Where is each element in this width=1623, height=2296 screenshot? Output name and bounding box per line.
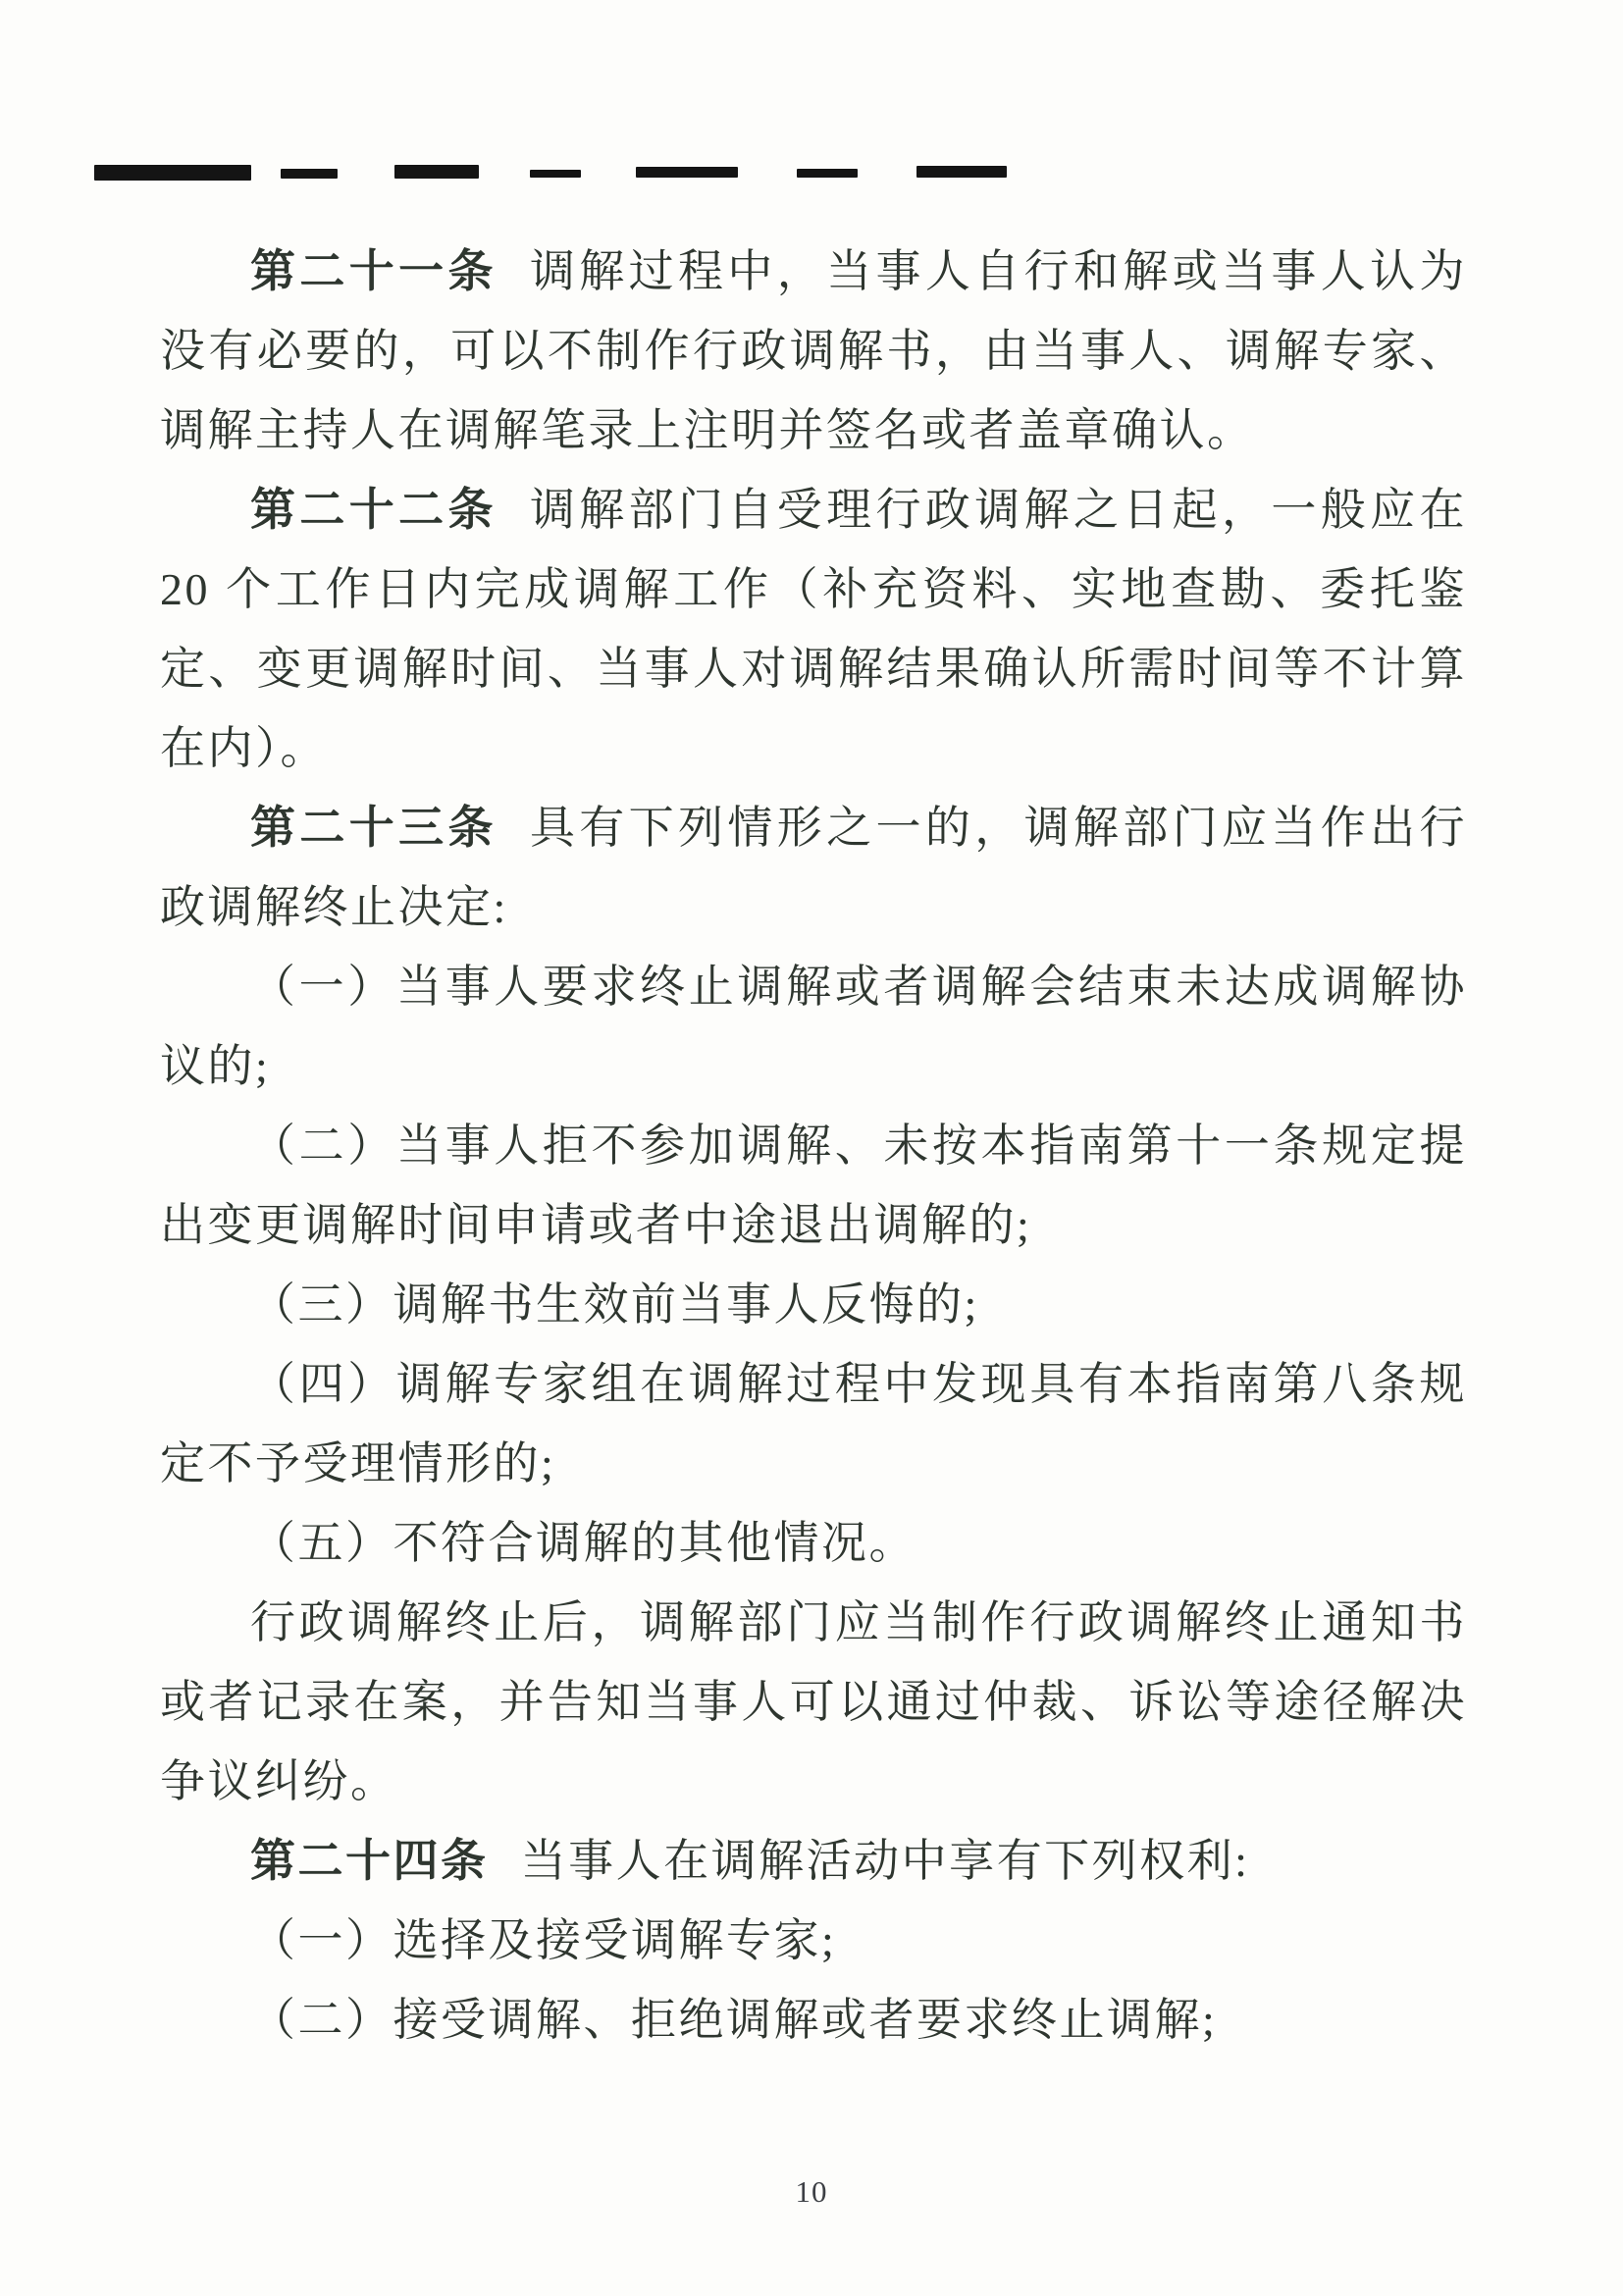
document-body: 第二十一条调解过程中，当事人自行和解或当事人认为没有必要的，可以不制作行政调解书…: [160, 232, 1467, 2060]
article-23-item-4: （四）调解专家组在调解过程中发现具有本指南第八条规定不予受理情形的;: [160, 1344, 1467, 1503]
scan-artifact: [281, 169, 338, 179]
article-23-paragraph: 第二十三条具有下列情形之一的，调解部门应当作出行政调解终止决定:: [160, 788, 1467, 947]
scan-artifact: [530, 170, 581, 178]
paragraph-text: 行政调解终止后，调解部门应当制作行政调解终止通知书或者记录在案，并告知当事人可以…: [160, 1597, 1467, 1806]
article-21-number: 第二十一条: [250, 246, 497, 296]
article-23-item-5: （五）不符合调解的其他情况。: [160, 1503, 1467, 1583]
article-22-paragraph: 第二十二条调解部门自受理行政调解之日起，一般应在 20 个工作日内完成调解工作（…: [160, 470, 1467, 788]
article-24-paragraph: 第二十四条当事人在调解活动中享有下列权利:: [160, 1821, 1467, 1901]
article-23-number: 第二十三条: [250, 803, 497, 853]
page-number: 10: [0, 2174, 1623, 2210]
item-text: （一）选择及接受调解专家;: [250, 1915, 836, 1965]
article-24-text: 当事人在调解活动中享有下列权利:: [521, 1836, 1250, 1886]
scan-artifact: [394, 165, 479, 179]
article-24-item-2: （二）接受调解、拒绝调解或者要求终止调解;: [160, 1980, 1467, 2060]
item-text: （五）不符合调解的其他情况。: [250, 1518, 916, 1568]
scan-artifact: [636, 167, 738, 178]
article-23-item-3: （三）调解书生效前当事人反悔的;: [160, 1265, 1467, 1344]
scan-artifact: [916, 166, 1007, 178]
item-text: （四）调解专家组在调解过程中发现具有本指南第八条规定不予受理情形的;: [160, 1359, 1467, 1488]
article-21-paragraph: 第二十一条调解过程中，当事人自行和解或当事人认为没有必要的，可以不制作行政调解书…: [160, 232, 1467, 470]
article-24-item-1: （一）选择及接受调解专家;: [160, 1901, 1467, 1980]
item-text: （二）当事人拒不参加调解、未按本指南第十一条规定提出变更调解时间申请或者中途退出…: [160, 1121, 1467, 1250]
scan-artifact: [797, 169, 858, 178]
item-text: （三）调解书生效前当事人反悔的;: [250, 1279, 979, 1330]
article-24-number: 第二十四条: [250, 1836, 489, 1886]
article-23-item-2: （二）当事人拒不参加调解、未按本指南第十一条规定提出变更调解时间申请或者中途退出…: [160, 1106, 1467, 1265]
article-23-closing-paragraph: 行政调解终止后，调解部门应当制作行政调解终止通知书或者记录在案，并告知当事人可以…: [160, 1583, 1467, 1821]
article-23-item-1: （一）当事人要求终止调解或者调解会结束未达成调解协议的;: [160, 947, 1467, 1106]
document-page: 第二十一条调解过程中，当事人自行和解或当事人认为没有必要的，可以不制作行政调解书…: [0, 0, 1623, 2296]
scan-artifact: [94, 165, 251, 181]
item-text: （二）接受调解、拒绝调解或者要求终止调解;: [250, 1995, 1217, 2045]
item-text: （一）当事人要求终止调解或者调解会结束未达成调解协议的;: [160, 962, 1467, 1091]
article-22-number: 第二十二条: [250, 485, 497, 535]
